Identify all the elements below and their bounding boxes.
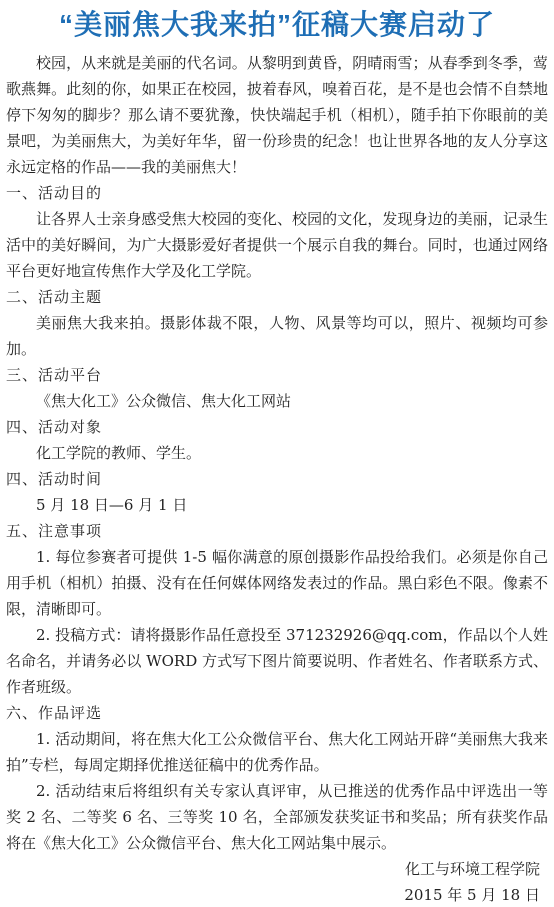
section-heading-time: 四、活动时间 — [6, 466, 548, 492]
section-heading-theme: 二、活动主题 — [6, 284, 548, 310]
note-item-2: 2. 投稿方式：请将摄影作品任意投至 371232926@qq.com，作品以个… — [6, 622, 548, 700]
date-line: 2015 年 5 月 18 日 — [6, 882, 548, 907]
note-item-1: 1. 每位参赛者可提供 1-5 幅你满意的原创摄影作品投给我们。必须是你自己用手… — [6, 544, 548, 622]
paragraph-theme: 美丽焦大我来拍。摄影体裁不限，人物、风景等均可以，照片、视频均可参加。 — [6, 310, 548, 362]
page-background: { "document": { "title": "“美丽焦大我来拍”征稿大赛启… — [0, 0, 554, 907]
section-heading-audience: 四、活动对象 — [6, 414, 548, 440]
section-heading-selection: 六、作品评选 — [6, 700, 548, 726]
section-heading-platform: 三、活动平台 — [6, 362, 548, 388]
signature-line: 化工与环境工程学院 — [6, 856, 548, 882]
paragraph-platform: 《焦大化工》公众微信、焦大化工网站 — [6, 388, 548, 414]
selection-item-2: 2. 活动结束后将组织有关专家认真评审，从已推送的优秀作品中评选出一等奖 2 名… — [6, 778, 548, 856]
paragraph-time: 5 月 18 日—6 月 1 日 — [6, 492, 548, 518]
document: “美丽焦大我来拍”征稿大赛启动了 校园，从来就是美丽的代名词。从黎明到黄昏，阴晴… — [0, 0, 554, 907]
paragraph-purpose: 让各界人士亲身感受焦大校园的变化、校园的文化，发现身边的美丽，记录生活中的美好瞬… — [6, 206, 548, 284]
intro-paragraph: 校园，从来就是美丽的代名词。从黎明到黄昏，阴晴雨雪；从春季到冬季，莺歌燕舞。此刻… — [6, 50, 548, 180]
section-heading-purpose: 一、活动目的 — [6, 180, 548, 206]
paragraph-audience: 化工学院的教师、学生。 — [6, 440, 548, 466]
page-title: “美丽焦大我来拍”征稿大赛启动了 — [6, 6, 548, 44]
selection-item-1: 1. 活动期间，将在焦大化工公众微信平台、焦大化工网站开辟“美丽焦大我来拍”专栏… — [6, 726, 548, 778]
section-heading-notes: 五、注意事项 — [6, 518, 548, 544]
